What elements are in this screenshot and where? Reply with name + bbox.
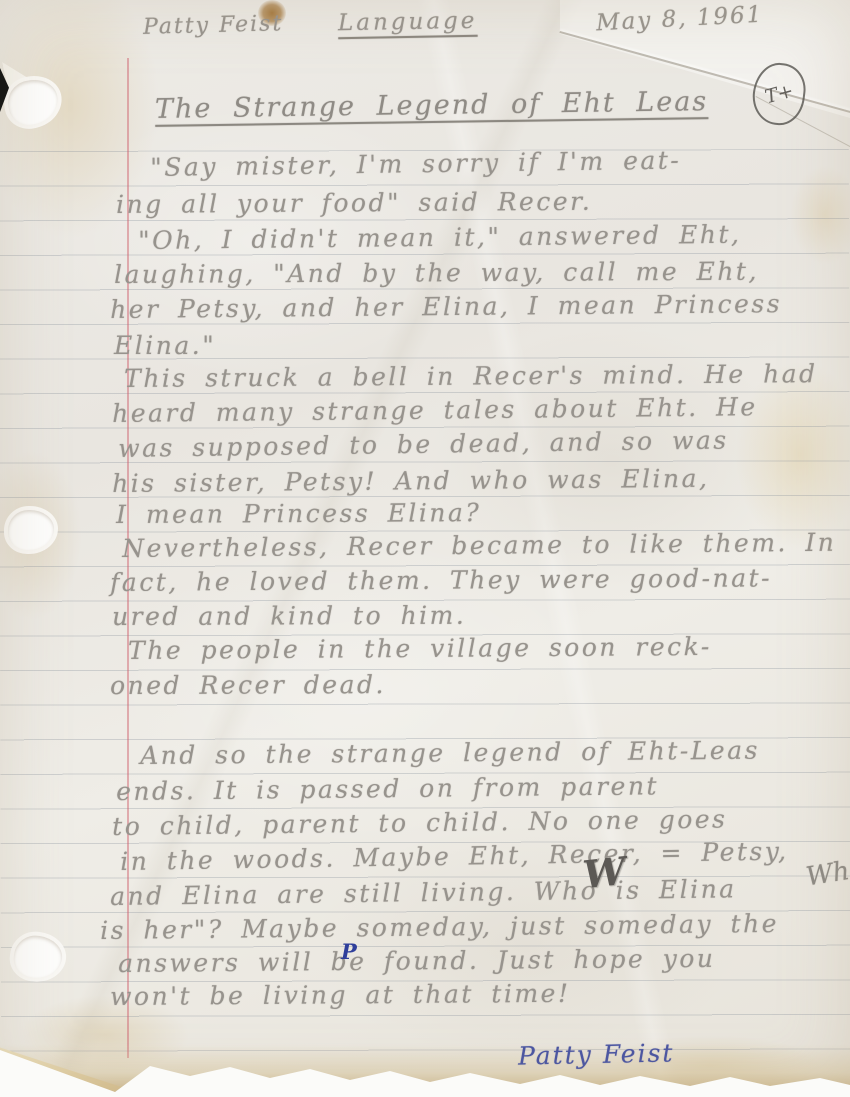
torn-bottom-edge xyxy=(0,1044,850,1096)
handwritten-line: ured and kind to him. xyxy=(112,601,466,631)
handwritten-line: his sister, Petsy! And who was Elina, xyxy=(112,464,710,498)
handwritten-line: ing all your food" said Recer. xyxy=(116,187,592,219)
circled-grade-mark: T+ xyxy=(749,60,808,128)
handwritten-line: won't be living at that time! xyxy=(110,979,571,1011)
student-name: Patty Feist xyxy=(143,11,284,40)
handwritten-line: her Petsy, and her Elina, I mean Princes… xyxy=(110,289,782,324)
pencil-correction-w: W xyxy=(581,848,628,897)
handwritten-line: I mean Princess Elina? xyxy=(116,498,481,529)
signature: Patty Feist xyxy=(518,1038,675,1070)
handwritten-line: fact, he loved them. They were good-nat- xyxy=(110,563,772,597)
date: May 8, 1961 xyxy=(595,2,763,37)
scanned-document-page: Patty Feist Language May 8, 1961 T+ The … xyxy=(0,0,850,1097)
subject-label: Language xyxy=(338,8,478,36)
handwritten-line: oned Recer dead. xyxy=(110,670,386,700)
handwritten-line: answers will be found. Just hope you xyxy=(118,944,716,978)
handwritten-line: laughing, "And by the way, call me Eht, xyxy=(114,257,759,289)
essay-title: The Strange Legend of Eht Leas xyxy=(155,86,709,125)
grade-text: T+ xyxy=(762,80,795,109)
handwritten-line: Elina." xyxy=(114,331,216,360)
blue-ink-correction-p: P xyxy=(341,939,357,964)
handwritten-line: This struck a bell in Recer's mind. He h… xyxy=(124,359,818,393)
handwritten-line: ends. It is passed on from parent xyxy=(116,771,659,806)
handwritten-line: And so the strange legend of Eht-Leas xyxy=(140,736,760,770)
notebook-paper-sheet: Patty Feist Language May 8, 1961 T+ The … xyxy=(0,0,850,1097)
handwritten-line: The people in the village soon reck- xyxy=(128,632,712,665)
